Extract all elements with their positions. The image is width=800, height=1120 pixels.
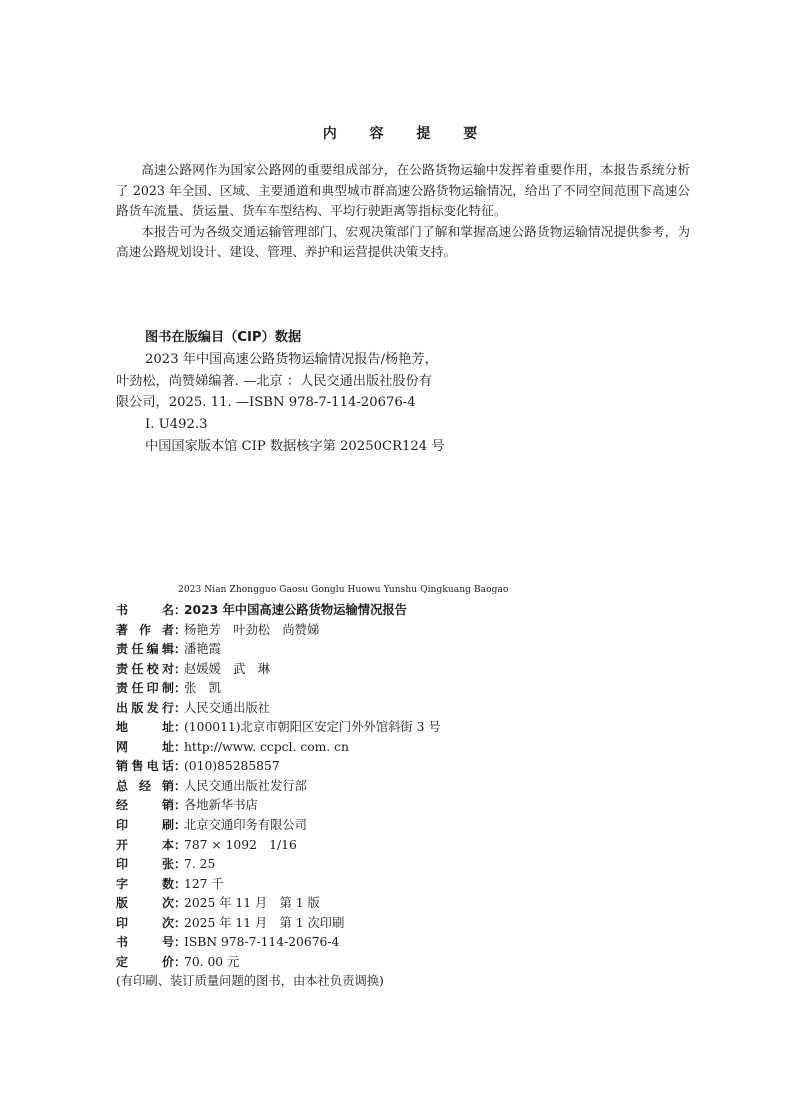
colophon-value: 人民交通出版社发行部: [184, 777, 307, 797]
colophon-label-char: 售: [131, 757, 143, 777]
colophon-label-char: 开: [116, 836, 128, 856]
colophon-colon: ：: [174, 836, 184, 856]
colophon-colon: ：: [174, 894, 184, 914]
summary-paragraph: 高速公路网作为国家公路网的重要组成部分，在公路货物运输中发挥着重要作用，本报告系…: [116, 160, 690, 222]
colophon-label-char: 行: [162, 699, 174, 719]
colophon-label: 字数: [116, 875, 174, 895]
colophon-row: 责任印制：张 凯: [116, 679, 441, 699]
colophon-label-char: 任: [131, 679, 143, 699]
colophon-label-char: 者: [162, 621, 174, 641]
colophon-label-char: 印: [116, 855, 128, 875]
colophon-label-char: 发: [147, 699, 159, 719]
colophon-label-char: 销: [116, 757, 128, 777]
colophon-colon: ：: [174, 796, 184, 816]
colophon-row: 定价：70. 00 元: [116, 953, 441, 973]
colophon-colon: ：: [174, 699, 184, 719]
colophon-label-char: 号: [162, 933, 174, 953]
cip-heading: 图书在版编目（CIP）数据: [116, 327, 516, 349]
colophon-label-char: 电: [147, 757, 159, 777]
colophon-value: 潘艳霞: [184, 640, 221, 660]
colophon-label-char: 定: [116, 953, 128, 973]
colophon-label-char: 刷: [162, 816, 174, 836]
colophon-value: 2025 年 11 月 第 1 版: [184, 894, 320, 914]
colophon-row: 出版发行：人民交通出版社: [116, 699, 441, 719]
colophon-row: 经销：各地新华书店: [116, 796, 441, 816]
colophon-value: 张 凯: [184, 679, 221, 699]
colophon-value: 2025 年 11 月 第 1 次印刷: [184, 914, 344, 934]
colophon-note: (有印刷、装订质量问题的图书，由本社负责调换): [116, 972, 441, 992]
colophon-row: 书名：2023 年中国高速公路货物运输情况报告: [116, 601, 441, 621]
colophon-label: 责任印制: [116, 679, 174, 699]
cip-line: 叶劲松，尚赞娣编著. —北京 ：人民交通出版社股份有: [116, 371, 516, 393]
colophon-colon: ：: [174, 914, 184, 934]
colophon-label-char: 责: [116, 660, 128, 680]
colophon-label-char: 印: [116, 914, 128, 934]
colophon-value: 北京交通印务有限公司: [184, 816, 307, 836]
colophon-label: 地址: [116, 718, 174, 738]
colophon-label-char: 地: [116, 718, 128, 738]
colophon-label: 著作者: [116, 621, 174, 641]
colophon-label: 责任校对: [116, 660, 174, 680]
colophon-label-char: 销: [162, 777, 174, 797]
colophon-colon: ：: [174, 855, 184, 875]
colophon-colon: ：: [174, 718, 184, 738]
colophon-row: 销售电话：(010)85285857: [116, 757, 441, 777]
colophon-value: (100011)北京市朝阳区安定门外外馆斜街 3 号: [184, 718, 441, 738]
colophon-value: 70. 00 元: [184, 953, 239, 973]
colophon-label: 印次: [116, 914, 174, 934]
colophon-row: 地址：(100011)北京市朝阳区安定门外外馆斜街 3 号: [116, 718, 441, 738]
cip-block: 图书在版编目（CIP）数据 2023 年中国高速公路货物运输情况报告/杨艳芳， …: [116, 327, 516, 458]
colophon-label: 网址: [116, 738, 174, 758]
colophon-row: 版次：2025 年 11 月 第 1 版: [116, 894, 441, 914]
summary-body: 高速公路网作为国家公路网的重要组成部分，在公路货物运输中发挥着重要作用，本报告系…: [116, 160, 690, 263]
colophon-row: 书号：ISBN 978-7-114-20676-4: [116, 933, 441, 953]
colophon-colon: ：: [174, 660, 184, 680]
colophon-row: 总经销：人民交通出版社发行部: [116, 777, 441, 797]
colophon-colon: ：: [174, 640, 184, 660]
colophon-label: 开本: [116, 836, 174, 856]
colophon-colon: ：: [174, 621, 184, 641]
colophon-label-char: 印: [116, 816, 128, 836]
colophon-label-char: 书: [116, 933, 128, 953]
colophon-row: 字数：127 千: [116, 875, 441, 895]
colophon-label-char: 本: [162, 836, 174, 856]
colophon-colon: ：: [174, 777, 184, 797]
colophon-label-char: 版: [131, 699, 143, 719]
colophon-label: 经销: [116, 796, 174, 816]
colophon-value: 赵媛媛 武 琳: [184, 660, 270, 680]
colophon-label: 印刷: [116, 816, 174, 836]
cip-line: 2023 年中国高速公路货物运输情况报告/杨艳芳，: [116, 349, 516, 371]
colophon-value: ISBN 978-7-114-20676-4: [184, 933, 339, 953]
colophon-label-char: 字: [116, 875, 128, 895]
colophon-block: 书名：2023 年中国高速公路货物运输情况报告著作者：杨艳芳 叶劲松 尚赞娣责任…: [116, 601, 441, 992]
colophon-label-char: 次: [162, 914, 174, 934]
colophon-label-char: 经: [116, 796, 128, 816]
colophon-label-char: 对: [162, 660, 174, 680]
colophon-label-char: 责: [116, 640, 128, 660]
colophon-row: 印次：2025 年 11 月 第 1 次印刷: [116, 914, 441, 934]
colophon-colon: ：: [174, 757, 184, 777]
colophon-label: 出版发行: [116, 699, 174, 719]
colophon-row: 网址：http://www. ccpcl. com. cn: [116, 738, 441, 758]
colophon-label: 书名: [116, 601, 174, 621]
colophon-label: 责任编辑: [116, 640, 174, 660]
colophon-label-char: 数: [162, 875, 174, 895]
colophon-value: (010)85285857: [184, 757, 280, 777]
colophon-label-char: 总: [116, 777, 128, 797]
summary-paragraph: 本报告可为各级交通运输管理部门、宏观决策部门了解和掌握高速公路货物运输情况提供参…: [116, 222, 690, 263]
colophon-row: 印张：7. 25: [116, 855, 441, 875]
colophon-value: 2023 年中国高速公路货物运输情况报告: [184, 601, 407, 621]
colophon-label-char: 书: [116, 601, 128, 621]
colophon-label-char: 编: [147, 640, 159, 660]
colophon-colon: ：: [174, 679, 184, 699]
colophon-label-char: 名: [162, 601, 174, 621]
colophon-label-char: 话: [162, 757, 174, 777]
colophon-label-char: 制: [162, 679, 174, 699]
summary-title: 内 容 提 要: [0, 123, 800, 143]
colophon-label-char: 版: [116, 894, 128, 914]
colophon-label-char: 印: [147, 679, 159, 699]
colophon-row: 印刷：北京交通印务有限公司: [116, 816, 441, 836]
colophon-label: 定价: [116, 953, 174, 973]
colophon-label-char: 著: [116, 621, 128, 641]
colophon-colon: ：: [174, 953, 184, 973]
colophon-value: 127 千: [184, 875, 224, 895]
cip-line: Ⅰ. U492.3: [116, 414, 516, 436]
colophon-label-char: 址: [162, 718, 174, 738]
cip-line: 限公司，2025. 11. —ISBN 978-7-114-20676-4: [116, 392, 516, 414]
colophon-label: 销售电话: [116, 757, 174, 777]
colophon-label-char: 责: [116, 679, 128, 699]
colophon-value: 人民交通出版社: [184, 699, 270, 719]
colophon-label: 版次: [116, 894, 174, 914]
colophon-colon: ：: [174, 816, 184, 836]
colophon-colon: ：: [174, 875, 184, 895]
colophon-label-char: 网: [116, 738, 128, 758]
colophon-row: 责任校对：赵媛媛 武 琳: [116, 660, 441, 680]
colophon-value: 杨艳芳 叶劲松 尚赞娣: [184, 621, 319, 641]
colophon-label-char: 次: [162, 894, 174, 914]
colophon-label: 书号: [116, 933, 174, 953]
colophon-value: 各地新华书店: [184, 796, 258, 816]
colophon-label-char: 张: [162, 855, 174, 875]
pinyin-title: 2023 Nian Zhongguo Gaosu Gonglu Huowu Yu…: [178, 585, 509, 595]
colophon-row: 责任编辑：潘艳霞: [116, 640, 441, 660]
colophon-label-char: 销: [162, 796, 174, 816]
colophon-label-char: 任: [131, 660, 143, 680]
colophon-label: 印张: [116, 855, 174, 875]
colophon-label-char: 作: [139, 621, 151, 641]
colophon-label: 总经销: [116, 777, 174, 797]
colophon-label-char: 价: [162, 953, 174, 973]
colophon-colon: ：: [174, 933, 184, 953]
colophon-label-char: 辑: [162, 640, 174, 660]
colophon-value: 787 × 1092 1/16: [184, 836, 297, 856]
colophon-row: 著作者：杨艳芳 叶劲松 尚赞娣: [116, 621, 441, 641]
colophon-label-char: 任: [131, 640, 143, 660]
colophon-value: http://www. ccpcl. com. cn: [184, 738, 349, 758]
colophon-label-char: 址: [162, 738, 174, 758]
colophon-colon: ：: [174, 738, 184, 758]
colophon-label-char: 出: [116, 699, 128, 719]
colophon-row: 开本：787 × 1092 1/16: [116, 836, 441, 856]
colophon-value: 7. 25: [184, 855, 215, 875]
colophon-colon: ：: [174, 601, 184, 621]
colophon-label-char: 经: [139, 777, 151, 797]
cip-line: 中国国家版本馆 CIP 数据核字第 20250CR124 号: [116, 436, 516, 458]
colophon-label-char: 校: [147, 660, 159, 680]
